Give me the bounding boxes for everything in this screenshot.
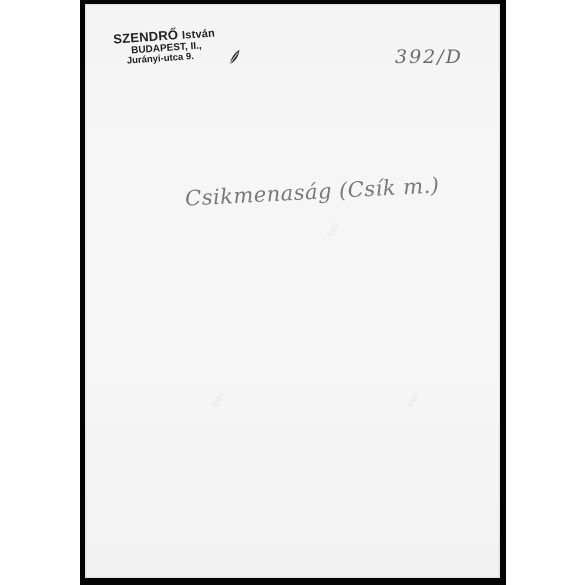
photographer-stamp: SZENDRŐ István BUDAPEST, II., Jurányi-ut… (113, 25, 217, 67)
archive-code: 392/D (395, 46, 463, 68)
photo-back (85, 4, 500, 578)
leaf-icon (226, 49, 241, 66)
